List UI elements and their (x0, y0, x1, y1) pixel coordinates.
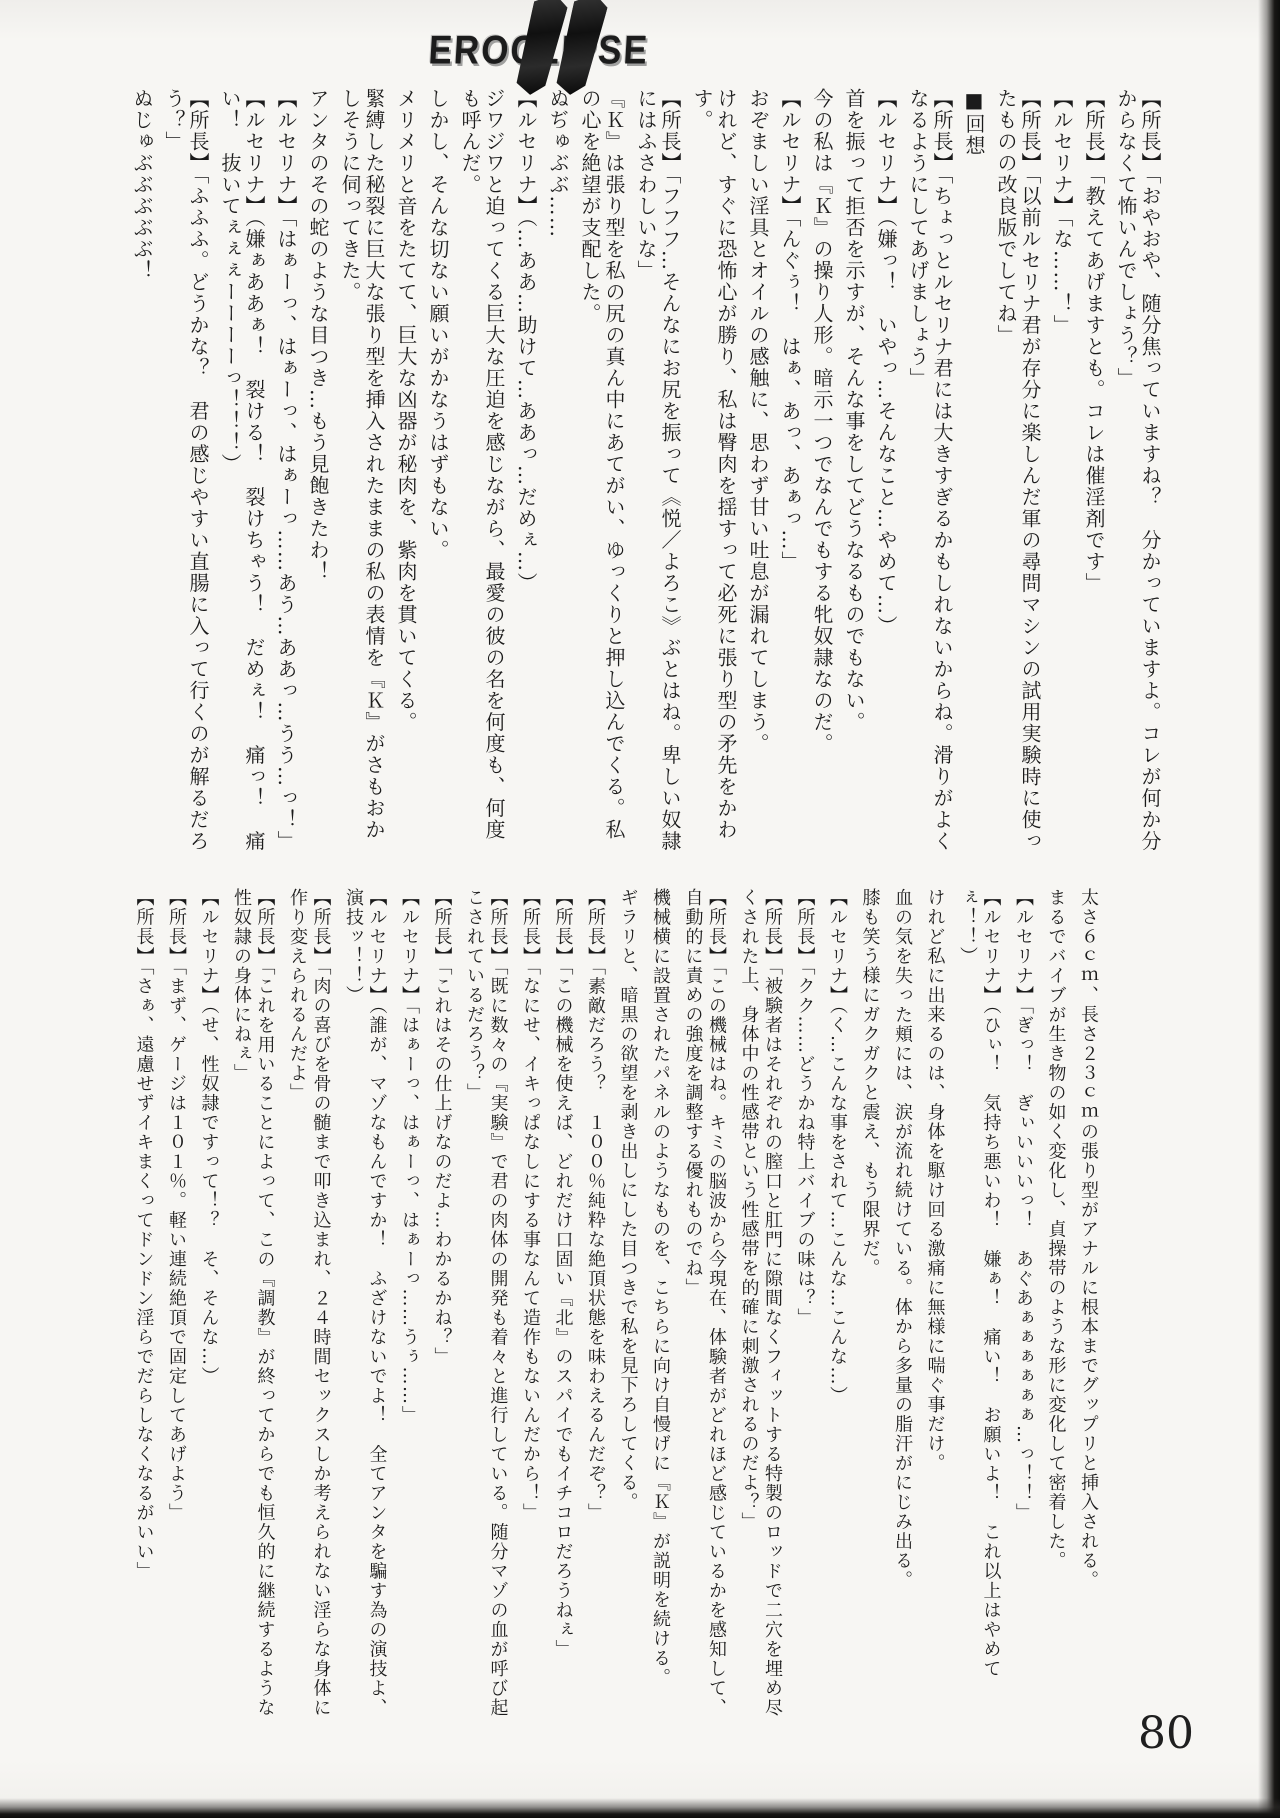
text-line: 【所長】「クク……どうかね特上バイブの味は？」 (793, 888, 817, 1720)
text-line: 【所長】「肉の喜びを骨の髄まで叩き込まれ、２４時間セックスしか考えられない淫らな… (286, 888, 333, 1720)
text-line: 太さ６ｃｍ、長さ２３ｃｍの張り型がアナルに根本までグップリと挿入される。 (1077, 888, 1101, 1720)
text-line: 膝も笑う様にガクガクと震え、もう限界だ。 (858, 888, 882, 1720)
text-line: 【所長】「被験者はそれぞれの膣口と肛門に隙間なくフィットする特製のロッドで二穴を… (737, 888, 784, 1720)
text-line: 【ルセリナ】（く…こんな事をされて…こんな…こんな…） (826, 888, 850, 1720)
text-line: 【ルセリナ】（嫌っ！ いやっ…そんなこと…やめて…） (874, 88, 898, 860)
text-line: 【ルセリナ】「な……！」 (1050, 88, 1074, 860)
text-line: 【ルセリナ】（嫌ぁああぁ！ 裂ける！ 裂けちゃう！ だめぇ！ 痛っ！ 痛い！ 抜… (218, 88, 266, 860)
text-line: ギラリと、暗黒の欲望を剥き出しにした目つきで私を見下ろしてくる。 (616, 888, 640, 1720)
text-line: けれど私に出来るのは、身体を駆け回る激痛に無様に喘ぐ事だけ。 (923, 888, 947, 1720)
text-line: 【ルセリナ】（誰が、マゾなもんですか！ ふざけないでよ！ 全てアンタを騙す為の演… (342, 888, 389, 1720)
text-line: ぬじゅぶぶぶぶぶ！ (130, 88, 154, 860)
text-line: メリメリと音をたてて、巨大な凶器が秘肉を、紫肉を貫いてくる。 (394, 88, 418, 860)
text-line: 【ルセリナ】「んぐぅ！ はぁ、あっ、あぁっ…」 (778, 88, 802, 860)
text-line: しかし、そんな切ない願いがかなうはずもない。 (426, 88, 450, 860)
text-line: 【ルセリナ】（ひぃ！ 気持ち悪いわ！ 嫌ぁ！ 痛い！ お願いよ！ これ以上はやめ… (956, 888, 1003, 1720)
text-line: 【所長】「さぁ、遠慮せずイキまくってドンドン淫らでだらしなくなるがいい」 (132, 888, 156, 1720)
text-line: 緊縛した秘裂に巨大な張り型を挿入されたままの私の表情を『Ｋ』がさもおかしそうに伺… (338, 88, 386, 860)
text-line: ジワジワと迫ってくる巨大な圧迫を感じながら、最愛の彼の名を何度も、何度も呼んだ。 (458, 88, 506, 860)
text-line: 【所長】「まず、ゲージは１０１％。軽い連続絶頂で固定してあげよう」 (165, 888, 189, 1720)
text-line: 【ルセリナ】「はぁーっ、はぁーっ、はぁーっ……あう…ああっ…うう…っ！」 (274, 88, 298, 860)
text-line: ■回想 (962, 88, 986, 860)
scan-edge-right (1258, 0, 1280, 1818)
text-line: 【所長】「これを用いることによって、この『調教』が終ってからでも恒久的に継続する… (230, 888, 277, 1720)
text-line: 【ルセリナ】（せ、性奴隷ですって！？ そ、そんな…） (197, 888, 221, 1720)
text-line: 【所長】「既に数々の『実験』で君の肉体の開発も着々と進行している。随分マゾの血が… (463, 888, 510, 1720)
scan-edge-bottom (0, 1798, 1280, 1818)
text-band-top: 【所長】「おやおや、随分焦っていますね？ 分かっていますよ。コレが何か分からなく… (122, 88, 1162, 860)
text-line: 機械横に設置されたパネルのようなものを、こちらに向け自慢げに『Ｋ』が説明を続ける… (649, 888, 673, 1720)
text-line: 【所長】「この機械を使えば、どれだけ口固い『北』のスパイでもイチコロだろうねぇ」 (551, 888, 575, 1720)
text-line: 【所長】「なにせ、イキっぱなしにする事なんて造作もないんだから！」 (519, 888, 543, 1720)
text-line: 【ルセリナ】「はぁーっ、はぁーっ、はぁーっ……うぅ……」 (398, 888, 422, 1720)
page-number: 80 (1138, 1708, 1194, 1759)
text-line: 【所長】「おやおや、随分焦っていますね？ 分かっていますよ。コレが何か分からなく… (1114, 88, 1162, 860)
text-line: 【所長】「ふふふ。どうかな？ 君の感じやすい直腸に入って行くのが解るだろう？」 (162, 88, 210, 860)
text-line: 【所長】「素敵だろう？ １００％純粋な絶頂状態を味わえるんだぞ？」 (584, 888, 608, 1720)
text-line: 【ルセリナ】「ぎっ！ ぎぃいいいっ！ あぐあぁぁぁぁぁぁ…っ！！」 (1012, 888, 1036, 1720)
text-line: 【所長】「フフフ…そんなにお尻を振って《悦／よろこ》ぶとはね。卑しい奴隷にはふさ… (634, 88, 682, 860)
text-line: けれど、すぐに恐怖心が勝り、私は臀肉を揺すって必死に張り型の矛先をかわす。 (690, 88, 738, 860)
text-line: 【所長】「この機械はね。キミの脳波から今現在、体験者がどれほど感じているかを感知… (681, 888, 728, 1720)
text-line: アンタのその蛇のような目つき…もう見飽きたわ！ (306, 88, 330, 860)
text-line: まるでバイブが生き物の如く変化し、貞操帯のような形に変化して密着した。 (1044, 888, 1068, 1720)
text-line: 『Ｋ』は張り型を私の尻の真ん中にあてがい、ゆっくりと押し込んでくる。私の心を絶望… (578, 88, 626, 860)
text-line: 首を振って拒否を示すが、そんな事をしてどうなるものでもない。 (842, 88, 866, 860)
text-line: 【ルセリナ】（…ああ…助けて…ああっ…だめぇ…） (514, 88, 538, 860)
text-line: 【所長】「教えてあげますとも。コレは催淫剤です」 (1082, 88, 1106, 860)
text-line: 今の私は『Ｋ』の操り人形。暗示一つでなんでもする牝奴隷なのだ。 (810, 88, 834, 860)
text-line: 【所長】「ちょっとルセリナ君には大きすぎるかもしれないからね。滑りがよくなるよう… (906, 88, 954, 860)
text-line: おぞましい淫具とオイルの感触に、思わず甘い吐息が漏れてしまう。 (746, 88, 770, 860)
text-band-bottom: 太さ６ｃｍ、長さ２３ｃｍの張り型がアナルに根本までグップリと挿入される。まるでバ… (123, 888, 1100, 1720)
scanned-page: EROCLIPSE 【所長】「おやおや、随分焦っていますね？ 分かっていますよ。… (0, 0, 1280, 1818)
logo: EROCLIPSE (428, 2, 728, 84)
text-line: 【所長】「以前ルセリナ君が存分に楽しんだ軍の尋問マシンの試用実験時に使ったものの… (994, 88, 1042, 860)
text-line: 【所長】「これはその仕上げなのだよ…わかるかね？」 (430, 888, 454, 1720)
text-line: ぬぢゅぶぶ…… (546, 88, 570, 860)
text-line: 血の気を失った頬には、涙が流れ続けている。体から多量の脂汗がにじみ出る。 (891, 888, 915, 1720)
